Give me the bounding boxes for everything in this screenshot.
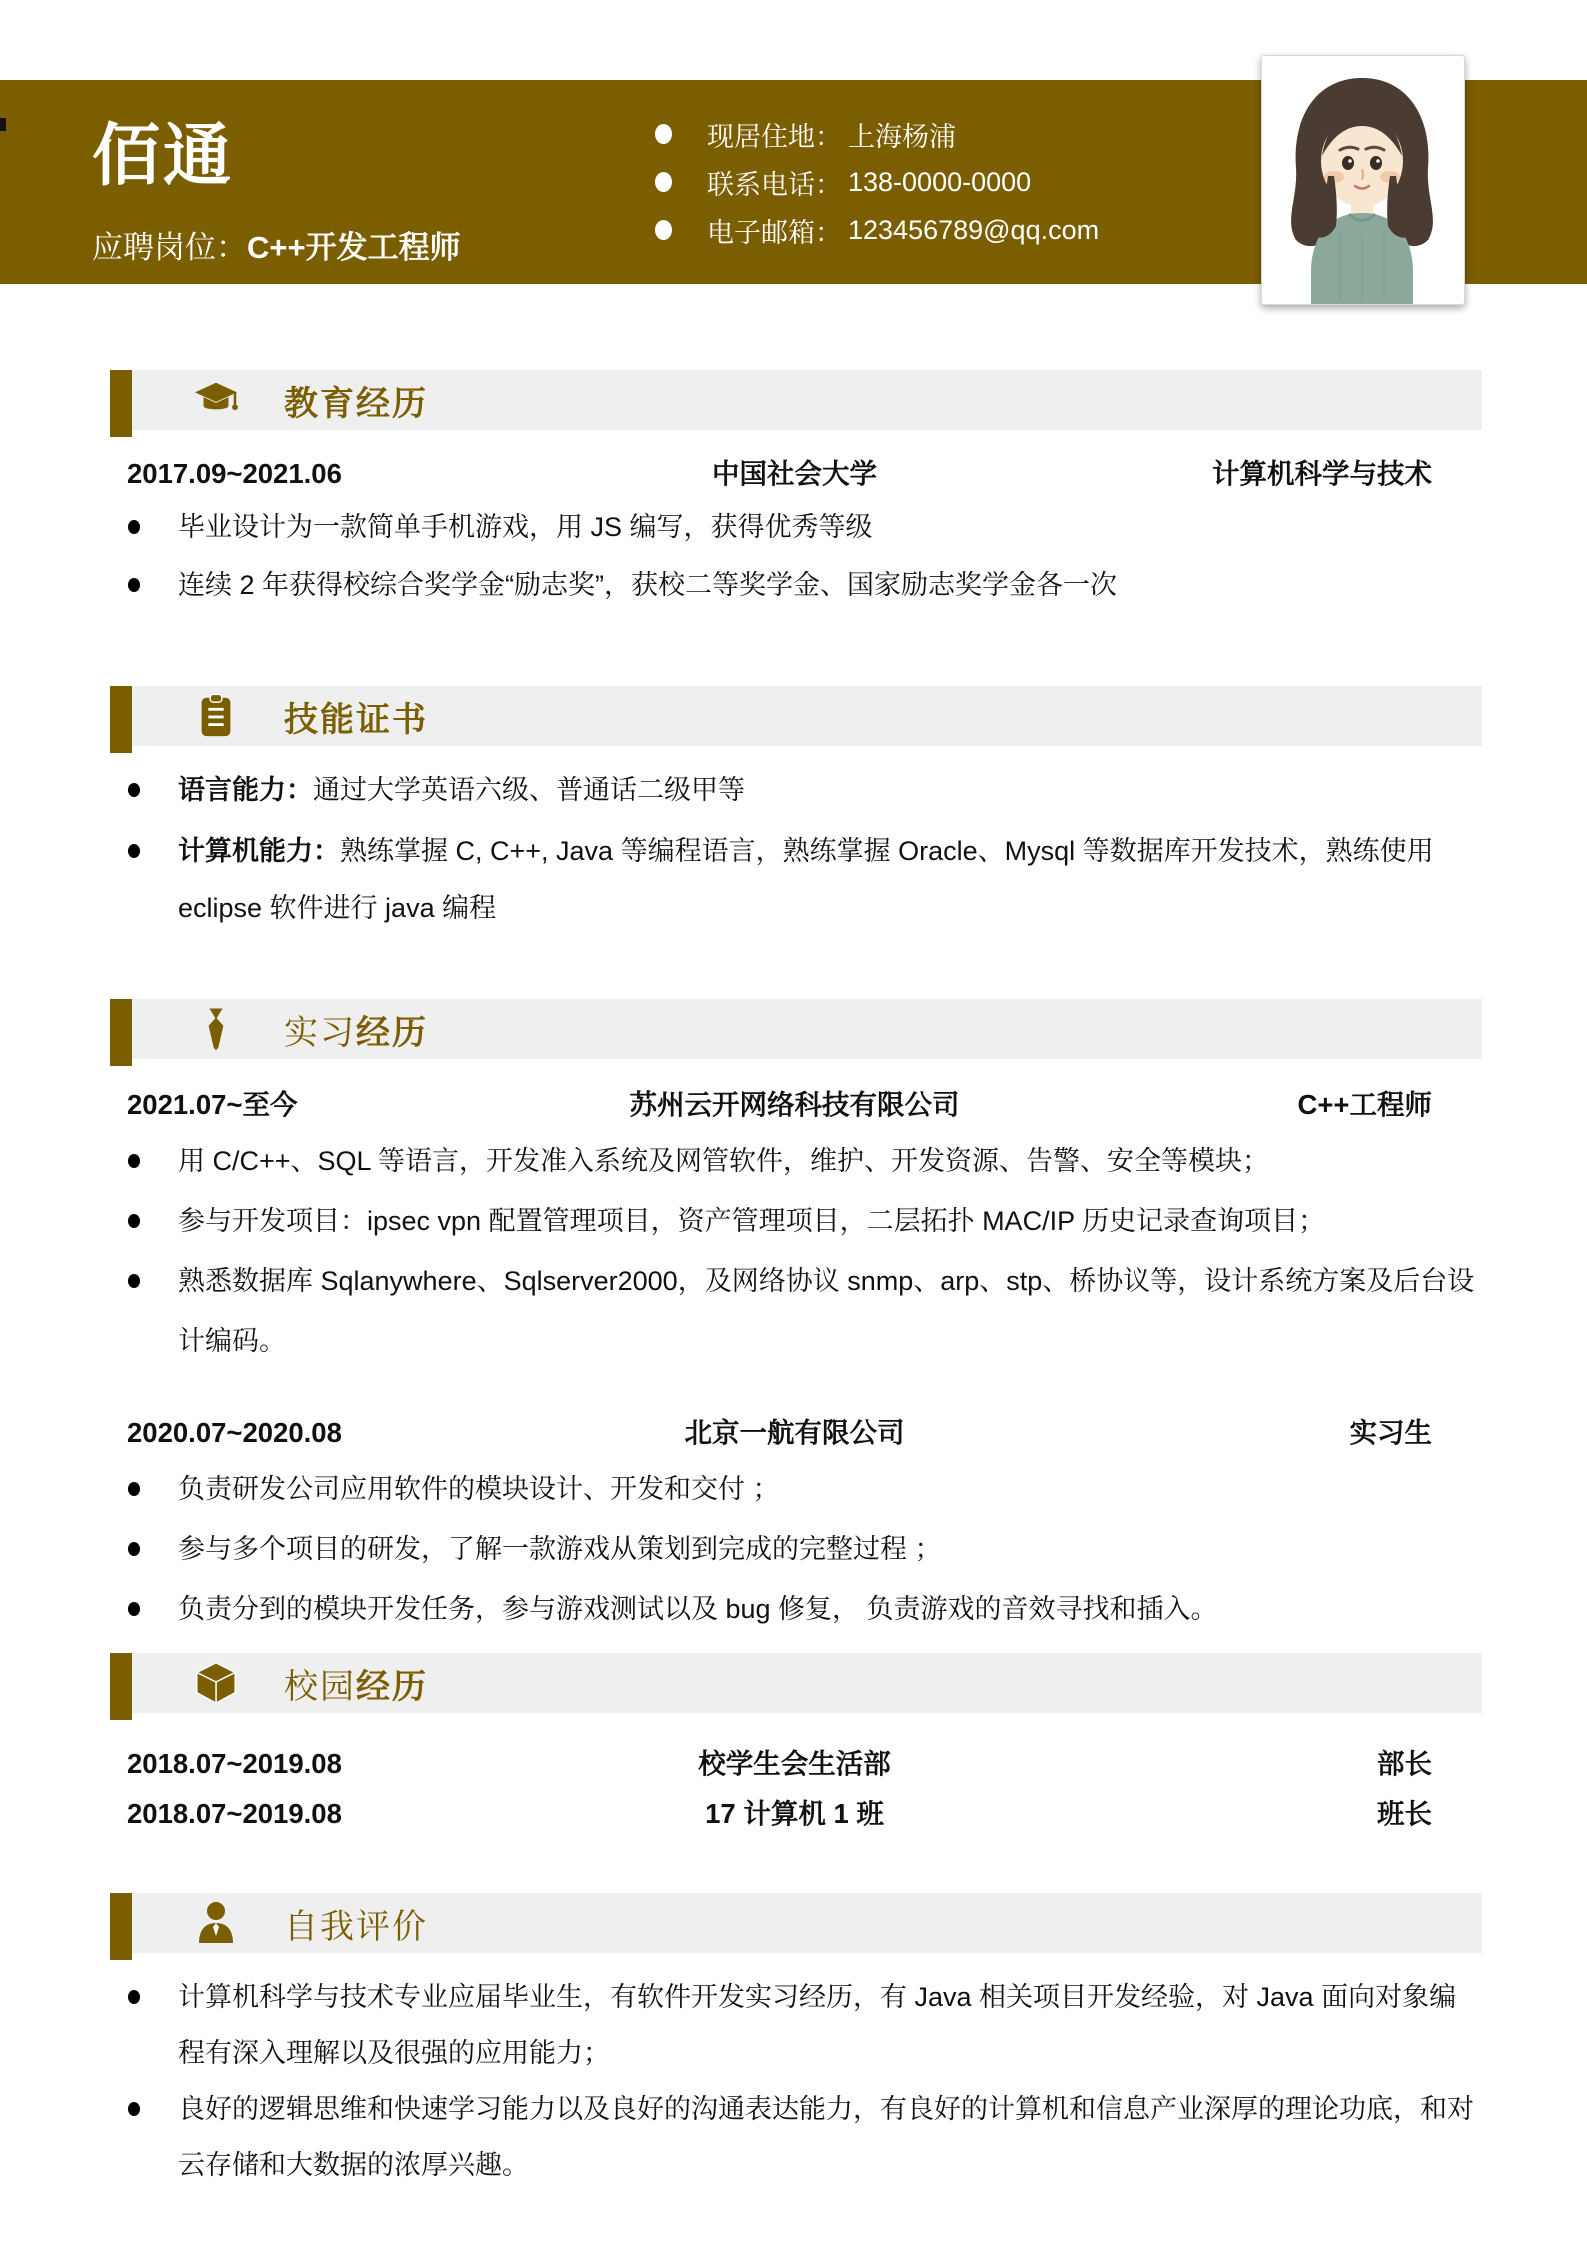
list-item: 语言能力：通过大学英语六级、普通话二级甲等 — [128, 762, 1482, 819]
section-title-light: 自我评价 — [284, 1908, 428, 1946]
skill-text: 熟练掌握 C, C++, Java 等编程语言，熟练掌握 Oracle、Mysq… — [178, 836, 1434, 923]
campus-date: 2018.07~2019.08 — [127, 1739, 487, 1789]
list-item: 负责分到的模块开发任务，参与游戏测试以及 bug 修复， 负责游戏的音效寻找和插… — [128, 1579, 1482, 1639]
cube-icon — [190, 1657, 242, 1709]
skill-text: 通过大学英语六级、普通话二级甲等 — [313, 775, 745, 805]
accent-bar — [110, 1893, 132, 1960]
list-item: 熟悉数据库 Sqlanywhere、Sqlserver2000，及网络协议 sn… — [128, 1251, 1482, 1371]
internship-bullet-list: 用 C/C++、SQL 等语言，开发准入系统及网管软件，维护、开发资源、告警、安… — [110, 1131, 1482, 1371]
internship-bullet-list: 负责研发公司应用软件的模块设计、开发和交付 ； 参与多个项目的研发，了解一款游戏… — [110, 1459, 1482, 1639]
page-edge-artifact — [0, 118, 6, 131]
internship-entry-row: 2021.07~至今 苏州云开网络科技有限公司 C++工程师 — [110, 1085, 1482, 1125]
section-title: 自我评价 — [284, 1899, 428, 1948]
campus-org: 校学生会生活部 — [487, 1739, 1102, 1789]
person-icon — [190, 1897, 242, 1949]
list-item: 负责研发公司应用软件的模块设计、开发和交付 ； — [128, 1459, 1482, 1519]
section-title-strong: 经历 — [356, 1014, 428, 1052]
section-title-strong: 教育经历 — [284, 385, 428, 423]
profile-photo — [1261, 55, 1465, 305]
internship-entry-row: 2020.07~2020.08 北京一航有限公司 实习生 — [110, 1413, 1482, 1453]
list-item: 计算机科学与技术专业应届毕业生，有软件开发实习经历，有 Java 相关项目开发经… — [128, 1969, 1482, 2081]
avatar-illustration — [1262, 56, 1462, 304]
skill-lead: 计算机能力： — [178, 836, 340, 866]
accent-bar — [110, 370, 132, 437]
education-bullet-list: 毕业设计为一款简单手机游戏，用 JS 编写，获得优秀等级 连续 2 年获得校综合… — [110, 502, 1482, 610]
section-title-light: 校园 — [284, 1668, 356, 1706]
education-school: 中国社会大学 — [487, 454, 1102, 494]
section-header-education: 教育经历 — [132, 370, 1482, 430]
job-title: C++工程师 — [1102, 1085, 1482, 1125]
job-company: 北京一航有限公司 — [487, 1413, 1102, 1453]
section-title: 技能证书 — [284, 692, 428, 741]
section-title-strong: 技能证书 — [284, 701, 428, 739]
accent-bar — [110, 686, 132, 753]
campus-entry-row: 2018.07~2019.08 校学生会生活部 部长 — [110, 1739, 1482, 1789]
job-title: 实习生 — [1102, 1413, 1482, 1453]
list-item: 良好的逻辑思维和快速学习能力以及良好的沟通表达能力，有良好的计算机和信息产业深厚… — [128, 2081, 1482, 2193]
graduation-cap-icon — [190, 374, 242, 426]
accent-bar — [110, 999, 132, 1066]
campus-role: 班长 — [1102, 1789, 1482, 1839]
job-date: 2021.07~至今 — [127, 1085, 487, 1125]
campus-entry-row: 2018.07~2019.08 17 计算机 1 班 班长 — [110, 1789, 1482, 1839]
campus-rows: 2018.07~2019.08 校学生会生活部 部长 2018.07~2019.… — [110, 1739, 1482, 1839]
section-title: 实习经历 — [284, 1005, 428, 1054]
section-title-strong: 经历 — [356, 1668, 428, 1706]
section-header-selfeval: 自我评价 — [132, 1893, 1482, 1953]
resume-body: 教育经历 2017.09~2021.06 中国社会大学 计算机科学与技术 毕业设… — [110, 0, 1482, 2193]
section-title-light: 实习 — [284, 1014, 356, 1052]
list-item: 参与开发项目：ipsec vpn 配置管理项目，资产管理项目，二层拓扑 MAC/… — [128, 1191, 1482, 1251]
list-item: 计算机能力：熟练掌握 C, C++, Java 等编程语言，熟练掌握 Oracl… — [128, 823, 1482, 937]
list-item: 连续 2 年获得校综合奖学金“励志奖”，获校二等奖学金、国家励志奖学金各一次 — [128, 560, 1482, 610]
skills-bullet-list: 语言能力：通过大学英语六级、普通话二级甲等 计算机能力：熟练掌握 C, C++,… — [110, 762, 1482, 937]
education-date: 2017.09~2021.06 — [127, 454, 487, 494]
section-header-skills: 技能证书 — [132, 686, 1482, 746]
accent-bar — [110, 1653, 132, 1720]
education-entry-row: 2017.09~2021.06 中国社会大学 计算机科学与技术 — [110, 454, 1482, 494]
list-item: 毕业设计为一款简单手机游戏，用 JS 编写，获得优秀等级 — [128, 502, 1482, 552]
list-item: 用 C/C++、SQL 等语言，开发准入系统及网管软件，维护、开发资源、告警、安… — [128, 1131, 1482, 1191]
selfeval-bullet-list: 计算机科学与技术专业应届毕业生，有软件开发实习经历，有 Java 相关项目开发经… — [110, 1969, 1482, 2193]
section-title: 校园经历 — [284, 1659, 428, 1708]
campus-role: 部长 — [1102, 1739, 1482, 1789]
section-title: 教育经历 — [284, 376, 428, 425]
job-date: 2020.07~2020.08 — [127, 1413, 487, 1453]
education-major: 计算机科学与技术 — [1102, 454, 1482, 494]
section-header-internship: 实习经历 — [132, 999, 1482, 1059]
section-header-campus: 校园经历 — [132, 1653, 1482, 1713]
necktie-icon — [190, 1003, 242, 1055]
certificate-clipboard-icon — [190, 690, 242, 742]
campus-date: 2018.07~2019.08 — [127, 1789, 487, 1839]
campus-org: 17 计算机 1 班 — [487, 1789, 1102, 1839]
job-company: 苏州云开网络科技有限公司 — [487, 1085, 1102, 1125]
skill-lead: 语言能力： — [178, 775, 313, 805]
list-item: 参与多个项目的研发，了解一款游戏从策划到完成的完整过程 ； — [128, 1519, 1482, 1579]
